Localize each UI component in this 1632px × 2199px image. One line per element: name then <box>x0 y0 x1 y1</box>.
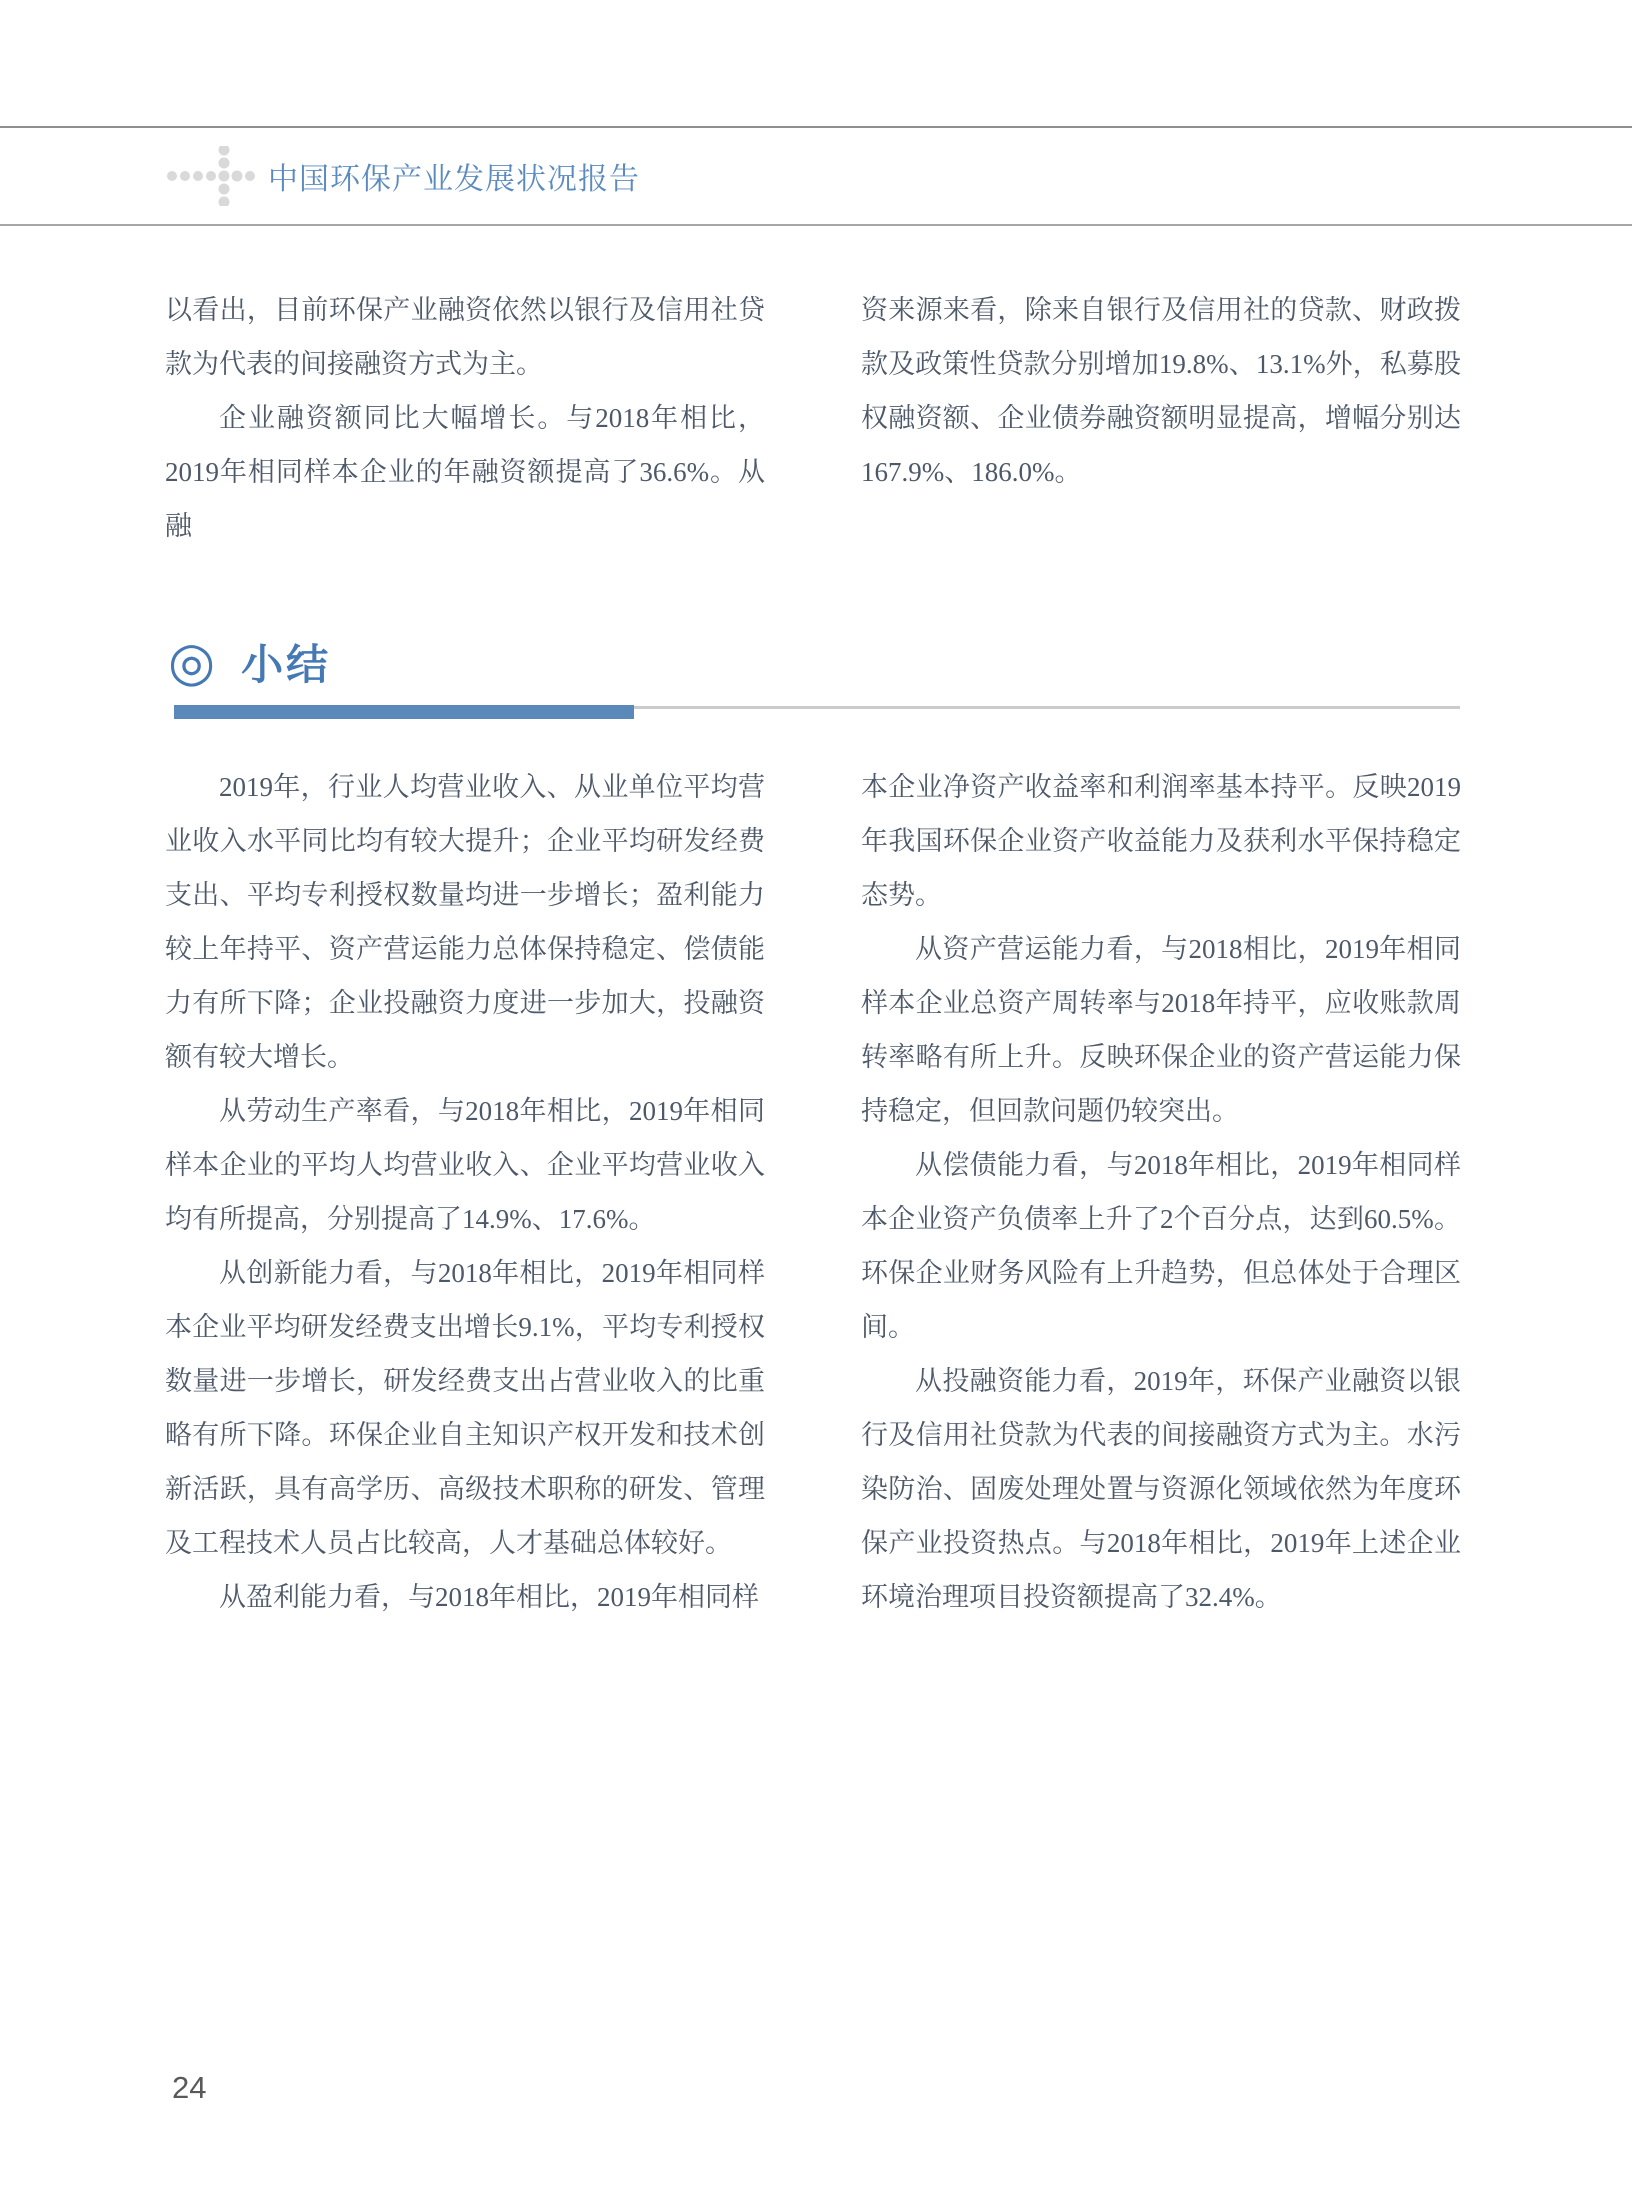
paragraph: 以看出，目前环保产业融资依然以银行及信用社贷款为代表的间接融资方式为主。 <box>165 283 765 391</box>
section-marker-icon: ◎ <box>168 635 215 689</box>
intro-section: 以看出，目前环保产业融资依然以银行及信用社贷款为代表的间接融资方式为主。企业融资… <box>165 283 1461 553</box>
paragraph: 资来源来看，除来自银行及信用社的贷款、财政拨款及政策性贷款分别增加19.8%、1… <box>861 283 1461 499</box>
summary-section: 2019年，行业人均营业收入、从业单位平均营业收入水平同比均有较大提升；企业平均… <box>165 760 1461 1624</box>
paragraph: 从偿债能力看，与2018年相比，2019年相同样本企业资产负债率上升了2个百分点… <box>861 1138 1461 1354</box>
intro-left-column: 以看出，目前环保产业融资依然以银行及信用社贷款为代表的间接融资方式为主。企业融资… <box>165 283 765 553</box>
report-title: 中国环保产业发展状况报告 <box>268 154 640 198</box>
section-title: 小结 <box>241 632 331 692</box>
paragraph: 本企业净资产收益率和利润率基本持平。反映2019年我国环保企业资产收益能力及获利… <box>861 760 1461 922</box>
section-heading: ◎ 小结 <box>168 628 331 696</box>
page-header: 中国环保产业发展状况报告 <box>0 126 1632 226</box>
summary-right-column: 本企业净资产收益率和利润率基本持平。反映2019年我国环保企业资产收益能力及获利… <box>861 760 1461 1624</box>
paragraph: 2019年，行业人均营业收入、从业单位平均营业收入水平同比均有较大提升；企业平均… <box>165 760 765 1084</box>
logo-dots-icon <box>166 146 256 206</box>
intro-right-column: 资来源来看，除来自银行及信用社的贷款、财政拨款及政策性贷款分别增加19.8%、1… <box>861 283 1461 553</box>
page-number: 24 <box>172 2070 206 2106</box>
paragraph: 企业融资额同比大幅增长。与2018年相比，2019年相同样本企业的年融资额提高了… <box>165 391 765 553</box>
paragraph: 从盈利能力看，与2018年相比，2019年相同样 <box>165 1570 765 1624</box>
paragraph: 从投融资能力看，2019年，环保产业融资以银行及信用社贷款为代表的间接融资方式为… <box>861 1354 1461 1624</box>
section-divider <box>174 705 1460 719</box>
paragraph: 从创新能力看，与2018年相比，2019年相同样本企业平均研发经费支出增长9.1… <box>165 1246 765 1570</box>
divider-accent-bar <box>174 705 634 719</box>
summary-left-column: 2019年，行业人均营业收入、从业单位平均营业收入水平同比均有较大提升；企业平均… <box>165 760 765 1624</box>
paragraph: 从劳动生产率看，与2018年相比，2019年相同样本企业的平均人均营业收入、企业… <box>165 1084 765 1246</box>
paragraph: 从资产营运能力看，与2018相比，2019年相同样本企业总资产周转率与2018年… <box>861 922 1461 1138</box>
divider-line <box>634 706 1460 709</box>
report-page: 中国环保产业发展状况报告 以看出，目前环保产业融资依然以银行及信用社贷款为代表的… <box>0 0 1632 2199</box>
